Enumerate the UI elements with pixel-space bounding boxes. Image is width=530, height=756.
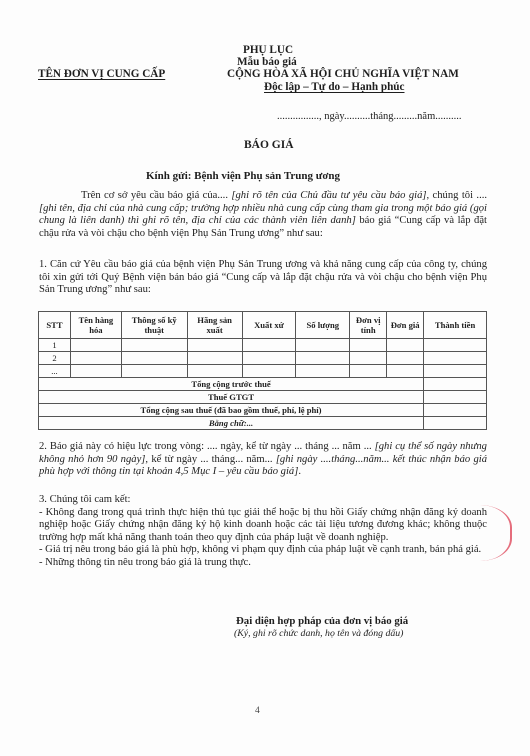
- table-cell: [242, 365, 296, 378]
- section-2: 2. Báo giá này có hiệu lực trong vòng: .…: [39, 441, 487, 479]
- column-header: Hãng sản xuất: [187, 312, 242, 339]
- intro-placeholder-investor: [ghi rõ tên của Chủ đầu tư yêu cầu báo g…: [231, 190, 426, 201]
- table-cell: [70, 352, 121, 365]
- commitment-item: - Giá trị nêu trong báo giá là phù hợp, …: [39, 544, 487, 557]
- table-cell: [296, 365, 350, 378]
- intro-text: , chúng tôi ....: [427, 190, 488, 201]
- summary-label: Tổng cộng sau thuế (đã bao gồm thuế, phí…: [39, 404, 424, 417]
- table-cell: [187, 339, 242, 352]
- country-name: CỘNG HÒA XÃ HỘI CHỦ NGHĨA VIỆT NAM: [227, 68, 459, 81]
- summary-value: [424, 404, 487, 417]
- column-header: Xuất xứ: [242, 312, 296, 339]
- validity-text: , kể từ ngày ... tháng... năm...: [145, 454, 275, 465]
- table-cell: 2: [39, 352, 71, 365]
- table-cell: [387, 365, 424, 378]
- red-stamp-mark: [480, 505, 512, 561]
- table-cell: [187, 352, 242, 365]
- commitment-item: - Không đang trong quá trình thực hiện t…: [39, 507, 487, 545]
- quotation-table: STTTên hàng hóaThông số kỹ thuậtHãng sản…: [38, 311, 487, 430]
- signature-title: Đại diện hợp pháp của đơn vị báo giá: [236, 615, 408, 627]
- table-cell: [387, 352, 424, 365]
- table-cell: 1: [39, 339, 71, 352]
- section-1: 1. Căn cứ Yêu cầu báo giá của bệnh viện …: [39, 259, 487, 297]
- column-header: Đơn vị tính: [350, 312, 387, 339]
- table-cell: [70, 339, 121, 352]
- summary-label: Bằng chữ:...: [39, 417, 424, 430]
- table-cell: [424, 352, 487, 365]
- recipient: Kính gửi: Bệnh viện Phụ sản Trung ương: [146, 170, 340, 182]
- document-title: BÁO GIÁ: [244, 139, 294, 151]
- column-header: Đơn giá: [387, 312, 424, 339]
- table-cell: [387, 339, 424, 352]
- table-cell: [121, 339, 187, 352]
- summary-label: Thuế GTGT: [39, 391, 424, 404]
- validity-text: 2. Báo giá này có hiệu lực trong vòng: .…: [39, 441, 375, 452]
- table-header-row: STTTên hàng hóaThông số kỹ thuậtHãng sản…: [39, 312, 487, 339]
- table-cell: [424, 339, 487, 352]
- column-header: Tên hàng hóa: [70, 312, 121, 339]
- table-cell: [242, 352, 296, 365]
- table-cell: [424, 365, 487, 378]
- summary-value: [424, 378, 487, 391]
- table-cell: [121, 365, 187, 378]
- table-row: ...: [39, 365, 487, 378]
- table-cell: [350, 339, 387, 352]
- page-number: 4: [255, 706, 260, 716]
- section-3: 3. Chúng tôi cam kết: - Không đang trong…: [39, 494, 487, 570]
- table-cell: [242, 339, 296, 352]
- table-cell: [350, 352, 387, 365]
- table-cell: [296, 339, 350, 352]
- summary-row: Bằng chữ:...: [39, 417, 487, 430]
- summary-value: [424, 417, 487, 430]
- table-row: 2: [39, 352, 487, 365]
- column-header: Thành tiền: [424, 312, 487, 339]
- summary-row: Thuế GTGT: [39, 391, 487, 404]
- summary-row: Tổng cộng trước thuế: [39, 378, 487, 391]
- summary-value: [424, 391, 487, 404]
- validity-text: .: [298, 466, 301, 477]
- date-line: ................, ngày..........tháng...…: [277, 111, 462, 122]
- column-header: Số lượng: [296, 312, 350, 339]
- column-header: STT: [39, 312, 71, 339]
- summary-label: Tổng cộng trước thuế: [39, 378, 424, 391]
- intro-paragraph: Trên cơ sở yêu cầu báo giá của.... [ghi …: [39, 190, 487, 240]
- table-cell: [121, 352, 187, 365]
- supplier-label: TÊN ĐƠN VỊ CUNG CẤP: [38, 68, 165, 81]
- commitment-item: - Những thông tin nêu trong báo giá là t…: [39, 557, 487, 570]
- table-cell: [187, 365, 242, 378]
- column-header: Thông số kỹ thuật: [121, 312, 187, 339]
- motto: Độc lập – Tự do – Hạnh phúc: [264, 81, 405, 94]
- table-row: 1: [39, 339, 487, 352]
- table-cell: [70, 365, 121, 378]
- table-cell: ...: [39, 365, 71, 378]
- table-cell: [296, 352, 350, 365]
- commitment-title: 3. Chúng tôi cam kết:: [39, 494, 487, 507]
- signature-note: (Ký, ghi rõ chức danh, họ tên và đóng dấ…: [234, 628, 403, 639]
- summary-row: Tổng cộng sau thuế (đã bao gồm thuế, phí…: [39, 404, 487, 417]
- table-cell: [350, 365, 387, 378]
- intro-text: Trên cơ sở yêu cầu báo giá của....: [81, 190, 231, 201]
